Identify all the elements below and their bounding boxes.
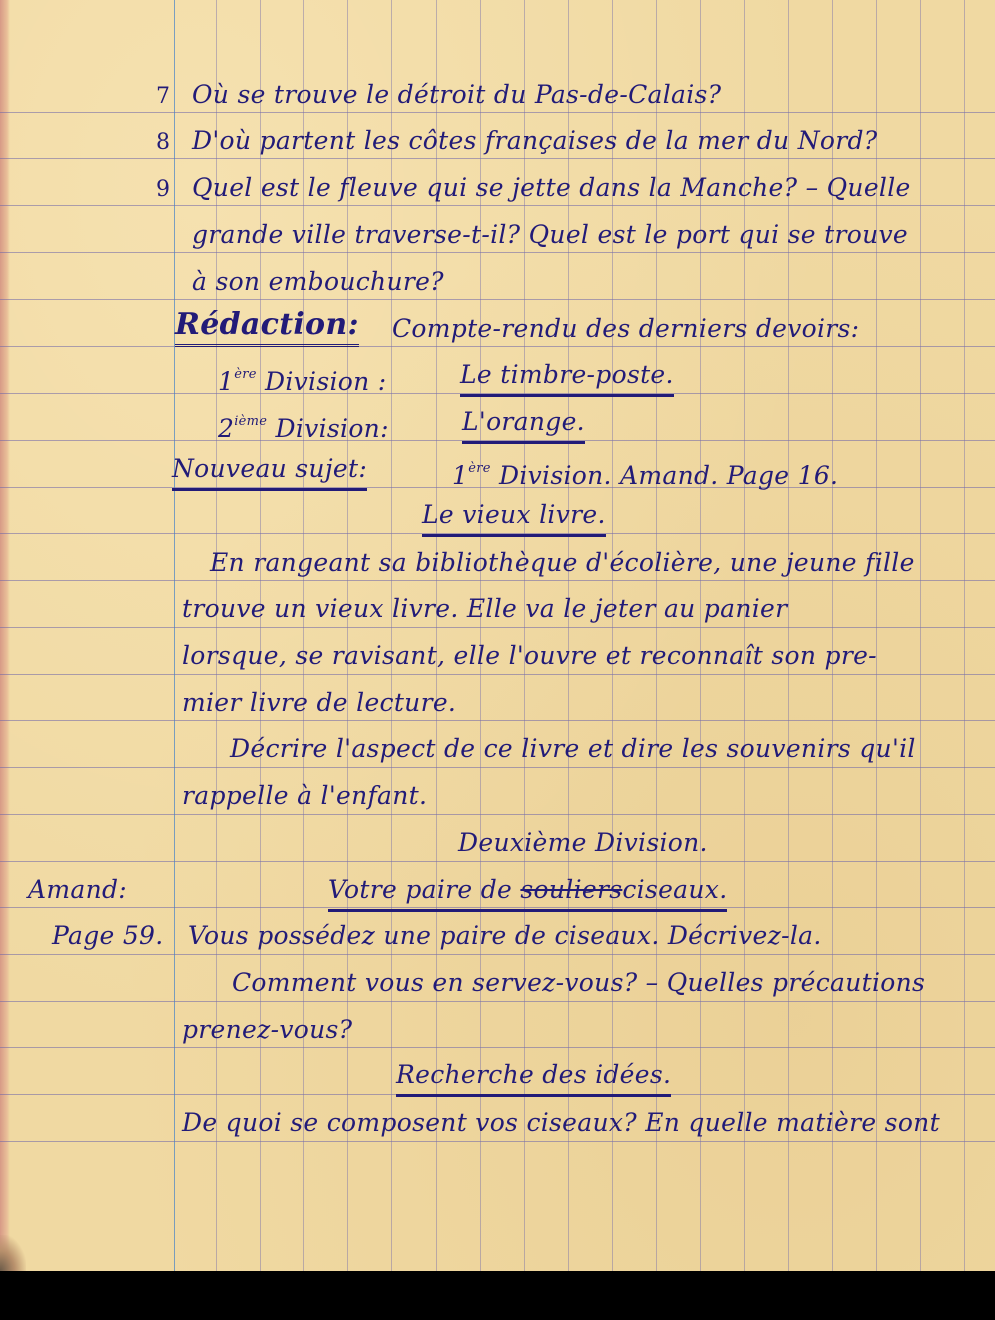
question-number: 9 [156,175,170,205]
rule-line [0,954,995,955]
question-text: à son embouchure? [192,267,444,297]
rule-line [0,861,995,862]
rule-line [0,1001,995,1002]
redaction-subtitle: Compte-rendu des derniers devoirs: [392,314,859,344]
division-label: 1ère Division : [218,360,387,397]
rule-line [0,1047,995,1048]
correction-word: ciseaux [622,875,719,904]
division-topic: L'orange. [462,407,585,444]
division-topic: Le timbre-poste. [460,360,674,397]
paragraph-line: Comment vous en servez-vous? – Quelles p… [232,968,925,998]
paragraph-line: prenez-vous? [182,1015,352,1045]
instruction-line: Décrire l'aspect de ce livre et dire les… [230,734,916,764]
subject-title: Le vieux livre. [422,500,606,537]
nouveau-sujet-label: Nouveau sujet: [172,454,367,491]
grid-line [920,0,921,1271]
recherche-heading: Recherche des idées. [396,1060,671,1097]
margin-line [174,0,175,1271]
grid-line [964,0,965,1271]
scissors-subject-title: Votre paire de souliersciseaux. [328,875,727,912]
recherche-line: De quoi se composent vos ciseaux? En que… [182,1108,940,1138]
rule-line [0,1141,995,1142]
question-text: Où se trouve le détroit du Pas-de-Calais… [192,80,721,110]
paragraph-line: lorsque, se ravisant, elle l'ouvre et re… [182,641,877,671]
rule-line [0,252,995,253]
margin-note-page: Page 59. [52,921,164,951]
question-number: 8 [156,128,170,158]
question-text: D'où partent les côtes françaises de la … [192,126,878,156]
rule-line [0,580,995,581]
nouveau-sujet-reference: 1ère Division. Amand. Page 16. [452,454,838,491]
rule-line [0,299,995,300]
redaction-heading: Rédaction: [175,310,359,347]
instruction-line: rappelle à l'enfant. [182,781,427,811]
paragraph-line: En rangeant sa bibliothèque d'écolière, … [210,548,915,578]
rule-line [0,158,995,159]
page-corner-shadow [0,1235,26,1271]
notebook-page: 7 Où se trouve le détroit du Pas-de-Cala… [0,0,995,1271]
rule-line [0,112,995,113]
paragraph-line: mier livre de lecture. [182,688,456,718]
rule-line [0,627,995,628]
rule-line [0,814,995,815]
page-binding-edge [0,0,10,1271]
rule-line [0,346,995,347]
rule-line [0,767,995,768]
rule-line [0,674,995,675]
paragraph-line: trouve un vieux livre. Elle va le jeter … [182,594,787,624]
paragraph-line: Vous possédez une paire de ciseaux. Décr… [188,921,822,951]
question-text: grande ville traverse-t-il? Quel est le … [192,220,908,250]
question-text: Quel est le fleuve qui se jette dans la … [192,173,911,203]
rule-line [0,205,995,206]
question-number: 7 [156,82,170,112]
deuxieme-division-heading: Deuxième Division. [458,828,708,858]
struck-word: souliers [520,875,622,904]
rule-line [0,720,995,721]
margin-note-author: Amand: [28,875,127,905]
division-label: 2ième Division: [218,407,389,444]
